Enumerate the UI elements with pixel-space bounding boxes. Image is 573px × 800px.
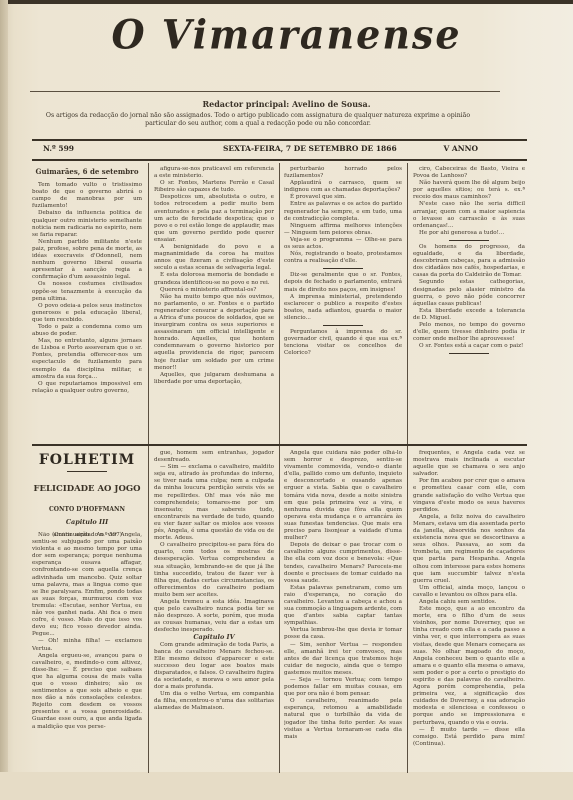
paragraph: Angela, a feliz noiva do cavalheiro Mena… [413,514,525,585]
paragraph: Vertua lembrou-lhe que devia ir tomar po… [284,627,402,641]
story-title: FELICIDADE AO JOGO [32,484,142,494]
heading-rule [67,471,107,472]
paragraph: É provavel que sim. [284,194,402,201]
top-dark-edge [0,0,573,4]
paragraph: A benignidade do povo e a magnanimidade … [154,244,274,272]
paragraph: Este moço, que a ao encontro da morte, e… [413,606,525,727]
paragraph: Perguntamos à imprensa do sr. governador… [284,329,402,357]
paragraph: Pelo menos, no tempo do governo d'elle, … [413,322,525,343]
local-news-heading: Guimarães, 6 de setembro [32,168,142,175]
paragraph: Angela cahiu sem sentidos. [413,599,525,606]
paragraph: Estas palavras penetraram, como um raio … [284,585,402,628]
paragraph: Segundo estas cathegorias, designadas pe… [413,279,525,307]
paragraph: Nenhum partido militante n'este paiz, pr… [32,239,142,282]
paragraph: — Seja — tornou Vertua; com tempo podemo… [284,677,402,698]
paragraph: gue, homem sem entranhas, jogador desenf… [154,450,274,464]
paragraph: O sr. Fontes, Martens Ferrão e Casal Rib… [154,180,274,194]
paragraph: O sr. Fontes está a caçar com o paiz! [413,343,525,350]
paragraph: Os nossos costumes civilisados oppõe-se … [32,281,142,302]
chapter-heading: Capitulo III [32,518,142,526]
issue-date: SEXTA-FEIRA, 7 DE SETEMBRO DE 1866 [223,144,397,153]
paragraph: — Sim, senhor Vertua — respondeu elle, a… [284,642,402,677]
dateline: N.º 599 SEXTA-FEIRA, 7 DE SETEMBRO DE 18… [38,144,478,156]
paragraph: Não ha muito tempo que nós ouvimos, no p… [154,294,274,372]
chapter-4-heading: Capitulo IV [154,634,274,641]
paragraph: Quererá o ministerio affrontal-os? [154,287,274,294]
story-subtitle: CONTO D'HOFFMANN [32,506,142,513]
paragraph: O povo odeia-a pelos seus instinctos gen… [32,303,142,324]
paragraph: O que reputariamos impossivel em relação… [32,381,142,395]
paragraph: N'este caso não lhe seria difficil arran… [413,201,525,229]
article-column-1: Guimarães, 6 de setembro Tem tomado vult… [32,166,142,441]
editorial-notice: Os artigos da redacção do jornal não são… [38,112,478,128]
issue-number: N.º 599 [43,144,74,153]
paragraph: A imprensa ministerial, pretendendo escl… [284,294,402,322]
paragraph: ciro, Cabeceiras de Basto, Vieira e Povo… [413,166,525,180]
paragraph: Ninguem affirma melhores intenções — Nin… [284,223,402,237]
page-binding-edge [0,0,8,800]
bottom-margin [0,772,573,800]
paragraph: Esta liberdade excede a tolerancia de D.… [413,308,525,322]
article-column-4: ciro, Cabeceiras de Basto, Vieira e Povo… [413,166,525,441]
paragraph: frequentes, e Angela cada vez se mostrav… [413,450,525,478]
paragraph: Com grande admiração de toda Paris, a ba… [154,642,274,692]
paragraph: Veja-se o programma — Olhe-se para os se… [284,237,402,251]
masthead-rule [30,91,500,92]
paragraph: Applaudirá o carrasco, quem se indignou … [284,180,402,194]
paragraph: He por ahi generosa a tudo!... [413,230,525,237]
paragraph: — Sim — exclama o cavalheiro, maldito se… [154,464,274,542]
issue-year: V ANNO [444,144,479,153]
paragraph: Entre as palavras e os actos do partido … [284,201,402,222]
column-rule-1 [148,163,149,773]
paragraph: Despoticos um, absolutista o outro, e to… [154,194,274,244]
paragraph: — É muito tarde — disse ella comsigo. Es… [413,727,525,748]
paragraph: perturbarão horrado pelos fuzilamentos? [284,166,402,180]
dateline-bottom-rule [32,159,527,161]
separator-rule [449,240,489,241]
folhetim-column-3: Angela que cuidara não poder olhá-lo sem… [284,450,402,772]
paragraph: Nós, registrando o boato, protestamos co… [284,251,402,265]
folhetim-heading: FOLHETIM [32,452,142,468]
paragraph: Angela ergueu-se, avançou para o cavalhe… [32,653,142,731]
separator-rule [449,353,489,354]
paragraph: Debaixo da influencia politica de qualqu… [32,210,142,238]
paragraph: Aquelles, que julgaram deshumana a liber… [154,372,274,386]
paragraph: Diz-se geralmente que o sr. Fontes, depo… [284,272,402,293]
separator-rule [323,325,363,326]
paragraph: Angela tremeu a esta idéa. Imaginava que… [154,599,274,634]
paragraph: Todo o paiz a condemna como um abuso de … [32,324,142,338]
folhetim-rule [32,444,527,446]
heading-rule [67,178,107,179]
newspaper-page: O Vimaranense Redactor principal: Avelin… [0,0,573,800]
separator-rule [323,268,363,269]
paragraph: Um official, ainda moço, lançou o cavall… [413,585,525,599]
paragraph: — Oh! minha filha! — exclamou Vertua. [32,638,142,652]
article-column-3: perturbarão horrado pelos fuzilamentos? … [284,166,402,436]
paragraph: Angela que cuidara não poder olhá-lo sem… [284,450,402,542]
paragraph: Por fim acabou por crer que o amava e pr… [413,478,525,513]
redactor-line: Redactor principal: Avelino de Sousa. [0,99,573,109]
paragraph: Um dia o velho Vertua, em companhia da f… [154,691,274,712]
paragraph: Os homens do progresso, da egualdade, e … [413,244,525,279]
paragraph: afigura-se-nos praticavel em referencia … [154,166,274,180]
folhetim-column-2: gue, homem sem entranhas, jogador desenf… [154,450,274,772]
column-rule-3 [407,163,408,773]
paragraph: O cavalheiro precipitou-se para fóra do … [154,542,274,599]
paragraph: E esta dolorosa memoria de bondade e gra… [154,272,274,286]
paragraph: Não haverá quem lhe dê algum beijo por a… [413,180,525,201]
dateline-top-rule [32,139,527,141]
folhetim-header: FOLHETIM FELICIDADE AO JOGO CONTO D'HOFF… [32,452,142,538]
paragraph: O cavalheiro, reanimado pela esperança, … [284,698,402,741]
paragraph: Depois de deixar o pae trocar com o cava… [284,542,402,585]
article-column-2: afigura-se-nos praticavel em referencia … [154,166,274,441]
paragraph: Tem tomado vulto o tristissimo boato de … [32,182,142,210]
folhetim-column-1: Não amára ainda. Ao ver Angela, sentiu-s… [32,532,142,772]
paragraph: Não amára ainda. Ao ver Angela, sentiu-s… [32,532,142,638]
paragraph: Mas, no entretanto, alguns jornaes de Li… [32,338,142,381]
masthead-title: O Vimaranense [0,11,573,58]
folhetim-column-4: frequentes, e Angela cada vez se mostrav… [413,450,525,772]
column-rule-2 [279,163,280,773]
